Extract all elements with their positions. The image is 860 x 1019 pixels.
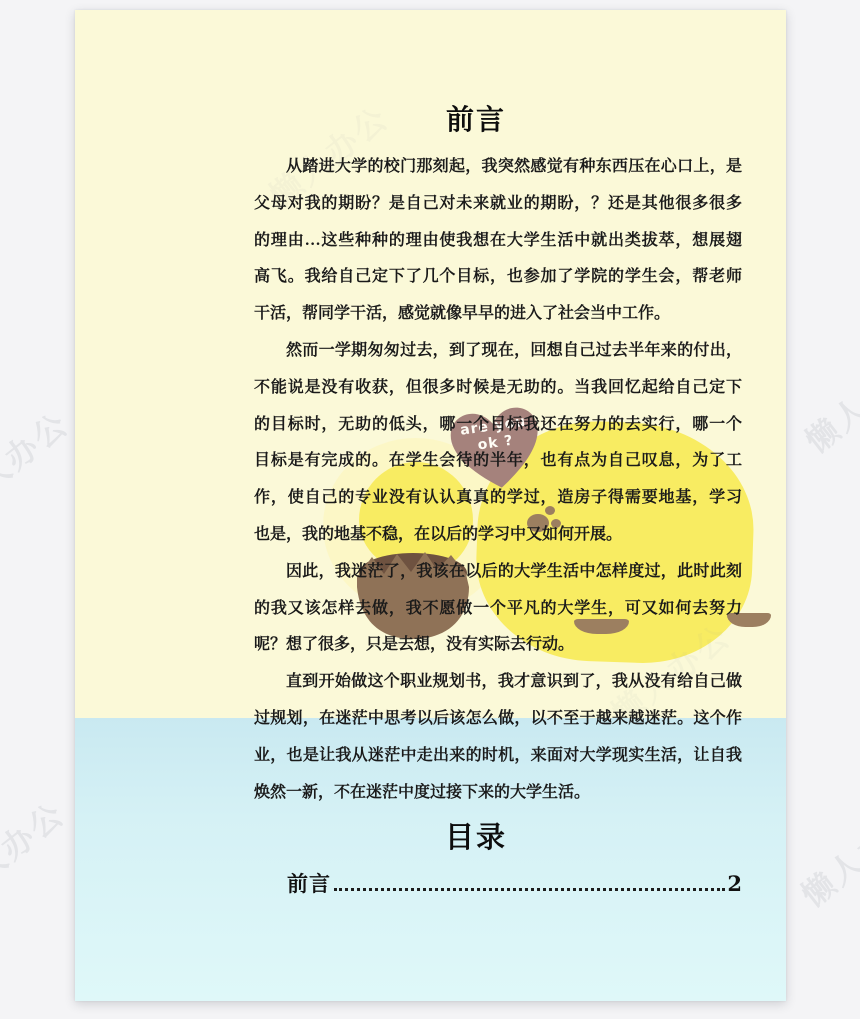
text-line: 目标是有完成的。在学生会待的半年，也有点为自己叹息，为了工 — [254, 443, 742, 480]
text-line: 干活，帮同学干活，感觉就像早早的进入了社会当中工作。 — [254, 296, 742, 333]
text-line: 作，使自己的专业没有认认真真的学过，造房子得需要地基，学习 — [254, 480, 742, 517]
paragraph: 然而一学期匆匆过去，到了现在，回想自己过去半年来的付出，不能说是没有收获，但很多… — [254, 333, 742, 554]
toc-title: 目录 — [254, 823, 742, 853]
text-line: 不能说是没有收获，但很多时候是无助的。当我回忆起给自己定下 — [254, 370, 742, 407]
text-line: 焕然一新，不在迷茫中度过接下来的大学生活。 — [254, 775, 742, 812]
watermark-text: 懒人办公 — [0, 790, 73, 912]
paragraph: 从踏进大学的校门那刻起，我突然感觉有种东西压在心口上，是父母对我的期盼？是自己对… — [254, 149, 742, 333]
document-page: are you ok ? 前言 从踏进大学的校门那刻起，我突然感觉有种东西压在心… — [75, 10, 786, 1001]
text-line: 也是，我的地基不稳，在以后的学习中又如何开展。 — [254, 517, 742, 554]
paragraph: 直到开始做这个职业规划书，我才意识到了，我从没有给自己做过规划，在迷茫中思考以后… — [254, 664, 742, 811]
text-line: 业，也是让我从迷茫中走出来的时机，来面对大学现实生活，让自我 — [254, 738, 742, 775]
text-line: 然而一学期匆匆过去，到了现在，回想自己过去半年来的付出， — [254, 333, 742, 370]
text-line: 的理由…这些种种的理由使我想在大学生活中就出类拔萃，想展翅 — [254, 223, 742, 260]
text-line: 父母对我的期盼？是自己对未来就业的期盼，？还是其他很多很多 — [254, 186, 742, 223]
text-line: 的目标时，无助的低头，哪一个目标我还在努力的去实行，哪一个 — [254, 407, 742, 444]
text-line: 因此，我迷茫了，我该在以后的大学生活中怎样度过，此时此刻 — [254, 554, 742, 591]
toc-label: 前言 — [287, 871, 331, 897]
text-line: 呢？想了很多，只是去想，没有实际去行动。 — [254, 627, 742, 664]
watermark-text: 懒人办公 — [791, 794, 860, 916]
watermark-text: 懒人办公 — [0, 400, 77, 522]
toc-page-number: 2 — [727, 871, 742, 897]
text-line: 的我又该怎样去做，我不愿做一个平凡的大学生，可又如何去努力 — [254, 591, 742, 628]
text-line: 高飞。我给自己定下了几个目标，也参加了学院的学生会，帮老师 — [254, 259, 742, 296]
text-line: 直到开始做这个职业规划书，我才意识到了，我从没有给自己做 — [254, 664, 742, 701]
paragraph: 因此，我迷茫了，我该在以后的大学生活中怎样度过，此时此刻的我又该怎样去做，我不愿… — [254, 554, 742, 664]
document-content: 前言 从踏进大学的校门那刻起，我突然感觉有种东西压在心口上，是父母对我的期盼？是… — [254, 104, 742, 897]
page-title: 前言 — [254, 104, 742, 136]
page-background: are you ok ? 前言 从踏进大学的校门那刻起，我突然感觉有种东西压在心… — [0, 0, 860, 1019]
watermark-text: 懒人办公 — [795, 340, 860, 462]
toc-dot-leader — [334, 888, 725, 891]
toc-entry: 前言2 — [287, 867, 742, 897]
toc-list: 前言2 — [254, 867, 742, 897]
body-text: 从踏进大学的校门那刻起，我突然感觉有种东西压在心口上，是父母对我的期盼？是自己对… — [254, 149, 742, 811]
text-line: 过规划，在迷茫中思考以后该怎么做，以不至于越来越迷茫。这个作 — [254, 701, 742, 738]
text-line: 从踏进大学的校门那刻起，我突然感觉有种东西压在心口上，是 — [254, 149, 742, 186]
